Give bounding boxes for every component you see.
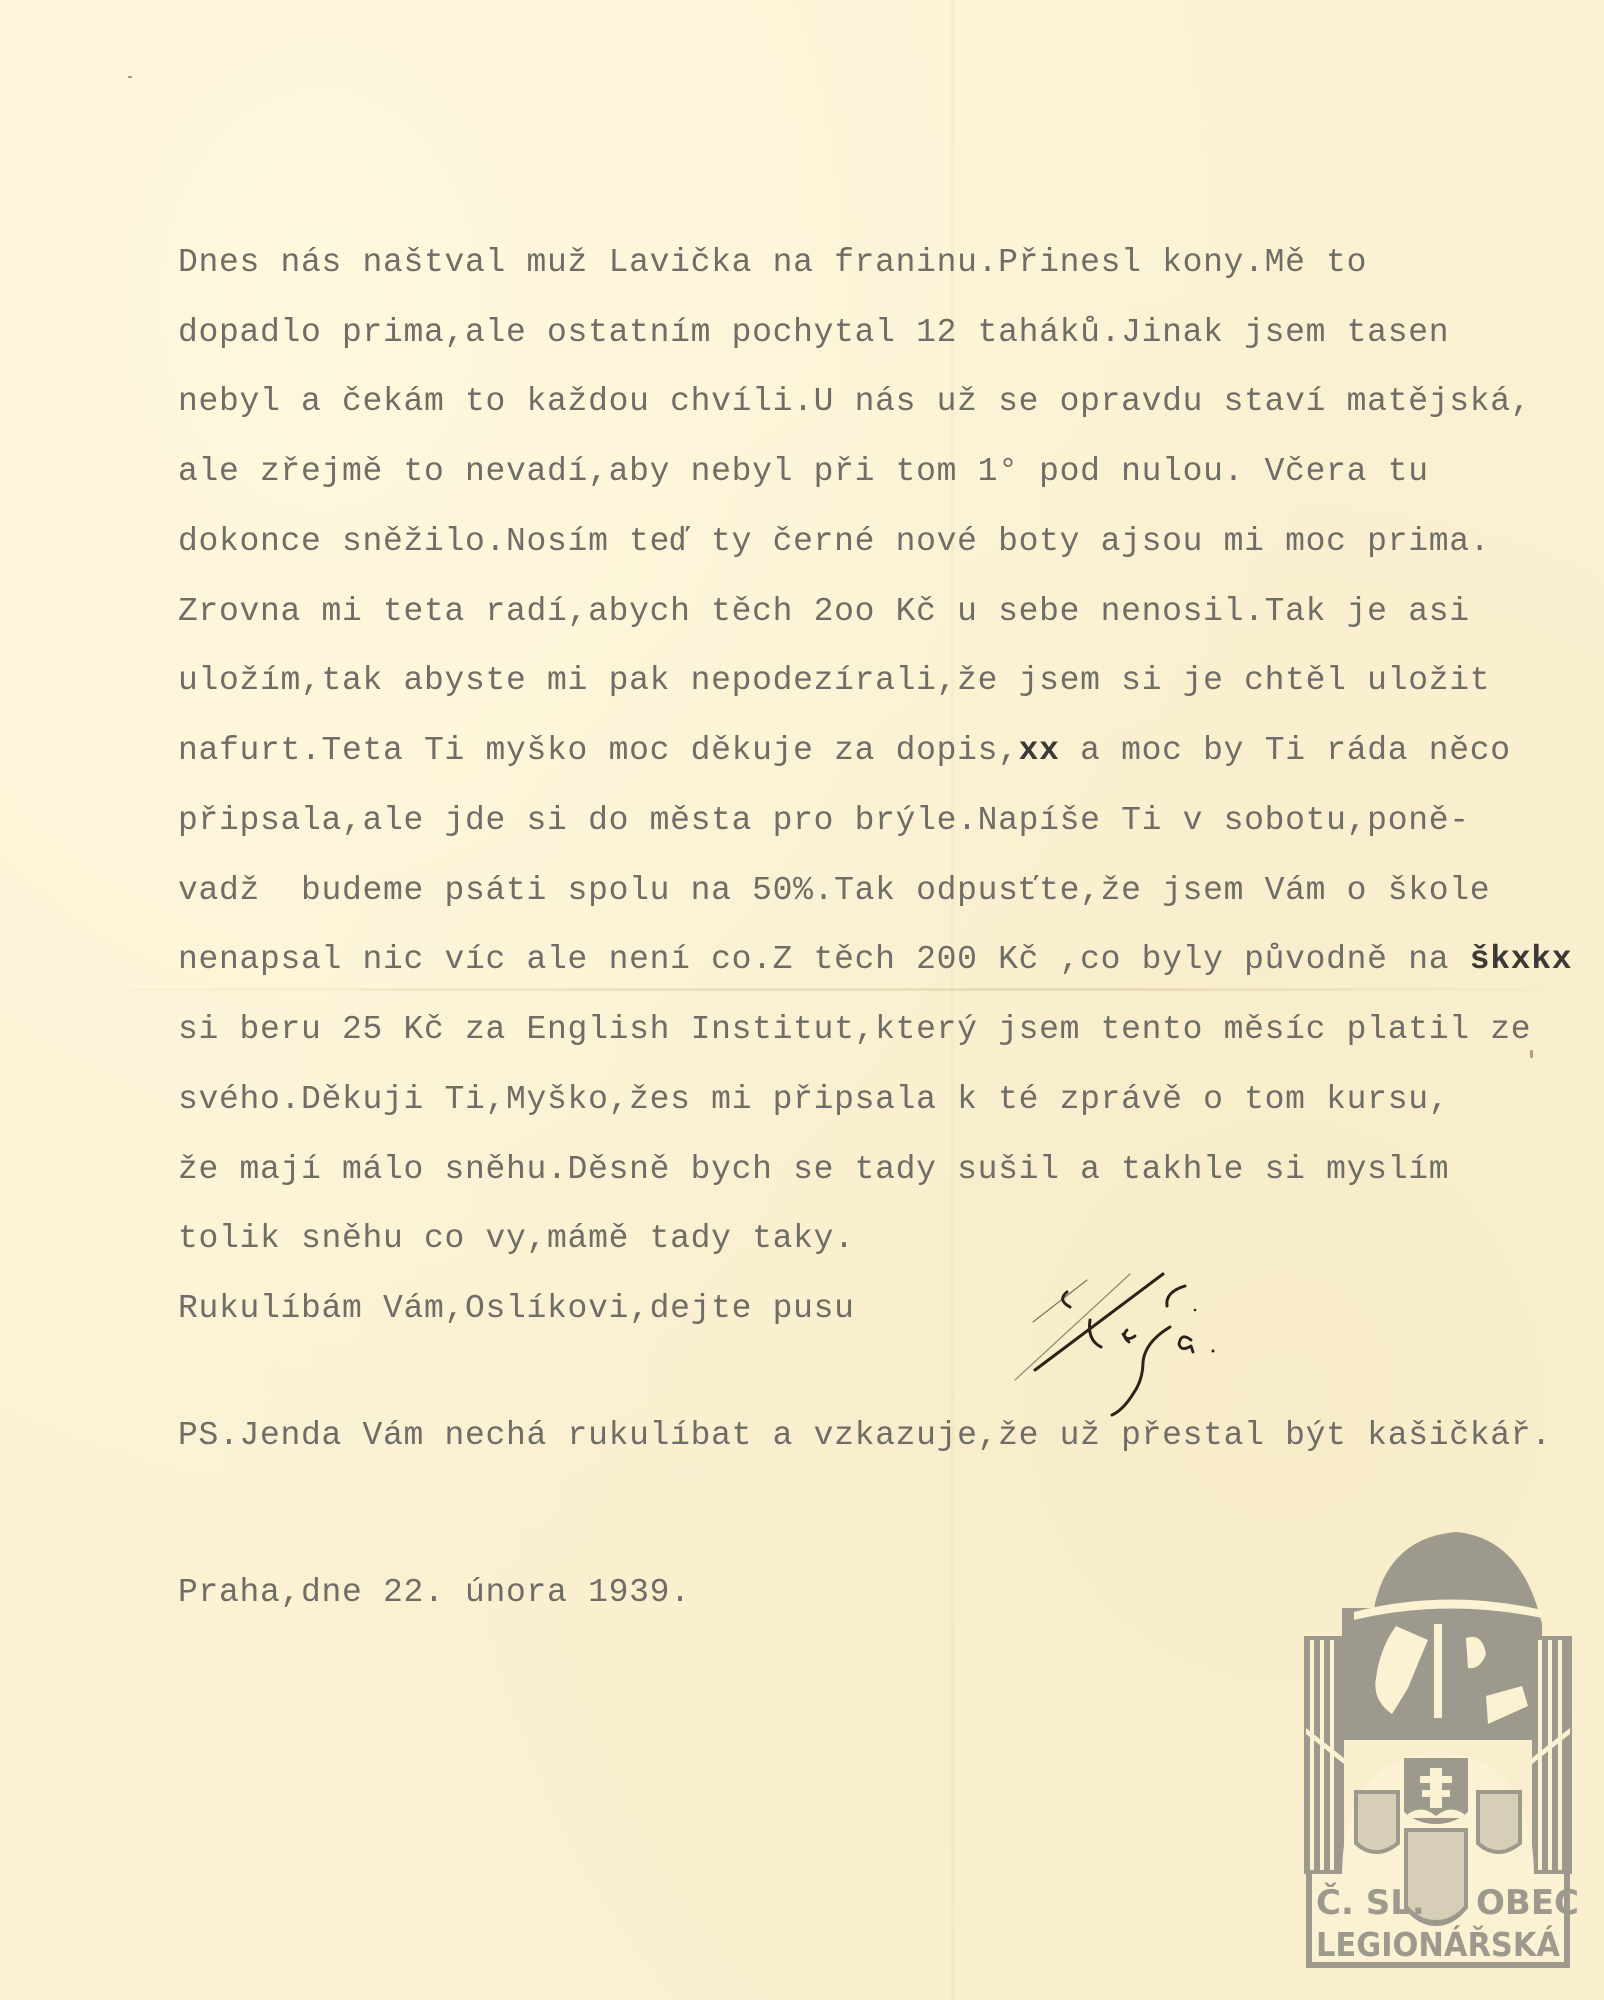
letter-closing: Rukulíbám Vám,Oslíkovi,dejte pusu [178,1289,855,1329]
letter-line-8-text: nafurt.Teta Ti myško moc děkuje za dopis… [178,732,1019,769]
letter-line-9: připsala,ale jde si do města pro brýle.N… [178,801,1470,841]
letter-line-13: svého.Děkuji Ti,Myško,žes mi připsala k … [178,1080,1449,1120]
logo-text-legionarska: LEGIONÁŘSKÁ [1316,1924,1560,1964]
letter-line-6: Zrovna mi teta radí,abych těch 2oo Kč u … [178,592,1470,632]
letter-line-7: uložím,tak abyste mi pak nepodezírali,že… [178,661,1490,701]
letter-line-1: Dnes nás naštval muž Lavička na franinu.… [178,243,1367,283]
letter-line-11: nenapsal nic víc ale není co.Z těch 200 … [178,940,1572,980]
letter-page: Dnes nás naštval muž Lavička na franinu.… [0,0,1604,2000]
letter-line-4: ale zřejmě to nevadí,aby nebyl při tom 1… [178,452,1429,492]
letter-line-12: si beru 25 Kč za English Institut,který … [178,1010,1531,1050]
paper-fold-crease [0,988,1604,991]
logo-text-csl: Č. SL. [1316,1882,1425,1923]
overstruck-text: škxkx [1470,941,1573,978]
letter-line-10: vadž budeme psáti spolu na 50%.Tak odpus… [178,871,1490,911]
letter-line-8-tail: a moc by Ti ráda něco [1060,732,1511,769]
paper-speck [1530,1050,1533,1058]
handwritten-signature [995,1262,1215,1422]
letter-line-5: dokonce sněžilo.Nosím teď ty černé nové … [178,522,1490,562]
letter-line-3: nebyl a čekám to každou chvíli.U nás už … [178,382,1531,422]
letter-date: Praha,dne 22. února 1939. [178,1573,691,1613]
overstruck-text: xx [1019,732,1060,769]
letter-line-2: dopadlo prima,ale ostatním pochytal 12 t… [178,313,1449,353]
letter-line-11-text: nenapsal nic víc ale není co.Z těch 200 … [178,941,1470,978]
letter-line-15: tolik sněhu co vy,mámě tady taky. [178,1219,855,1259]
legion-emblem-logo: Č. SL. OBEC LEGIONÁŘSKÁ [1296,1528,1580,1972]
letter-line-8: nafurt.Teta Ti myško moc děkuje za dopis… [178,731,1511,771]
logo-text-obec: OBEC [1476,1883,1579,1923]
paper-speck [128,76,132,78]
letter-line-14: že mají málo sněhu.Děsně bych se tady su… [178,1150,1449,1190]
letter-postscript: PS.Jenda Vám nechá rukulíbat a vzkazuje,… [178,1416,1552,1456]
